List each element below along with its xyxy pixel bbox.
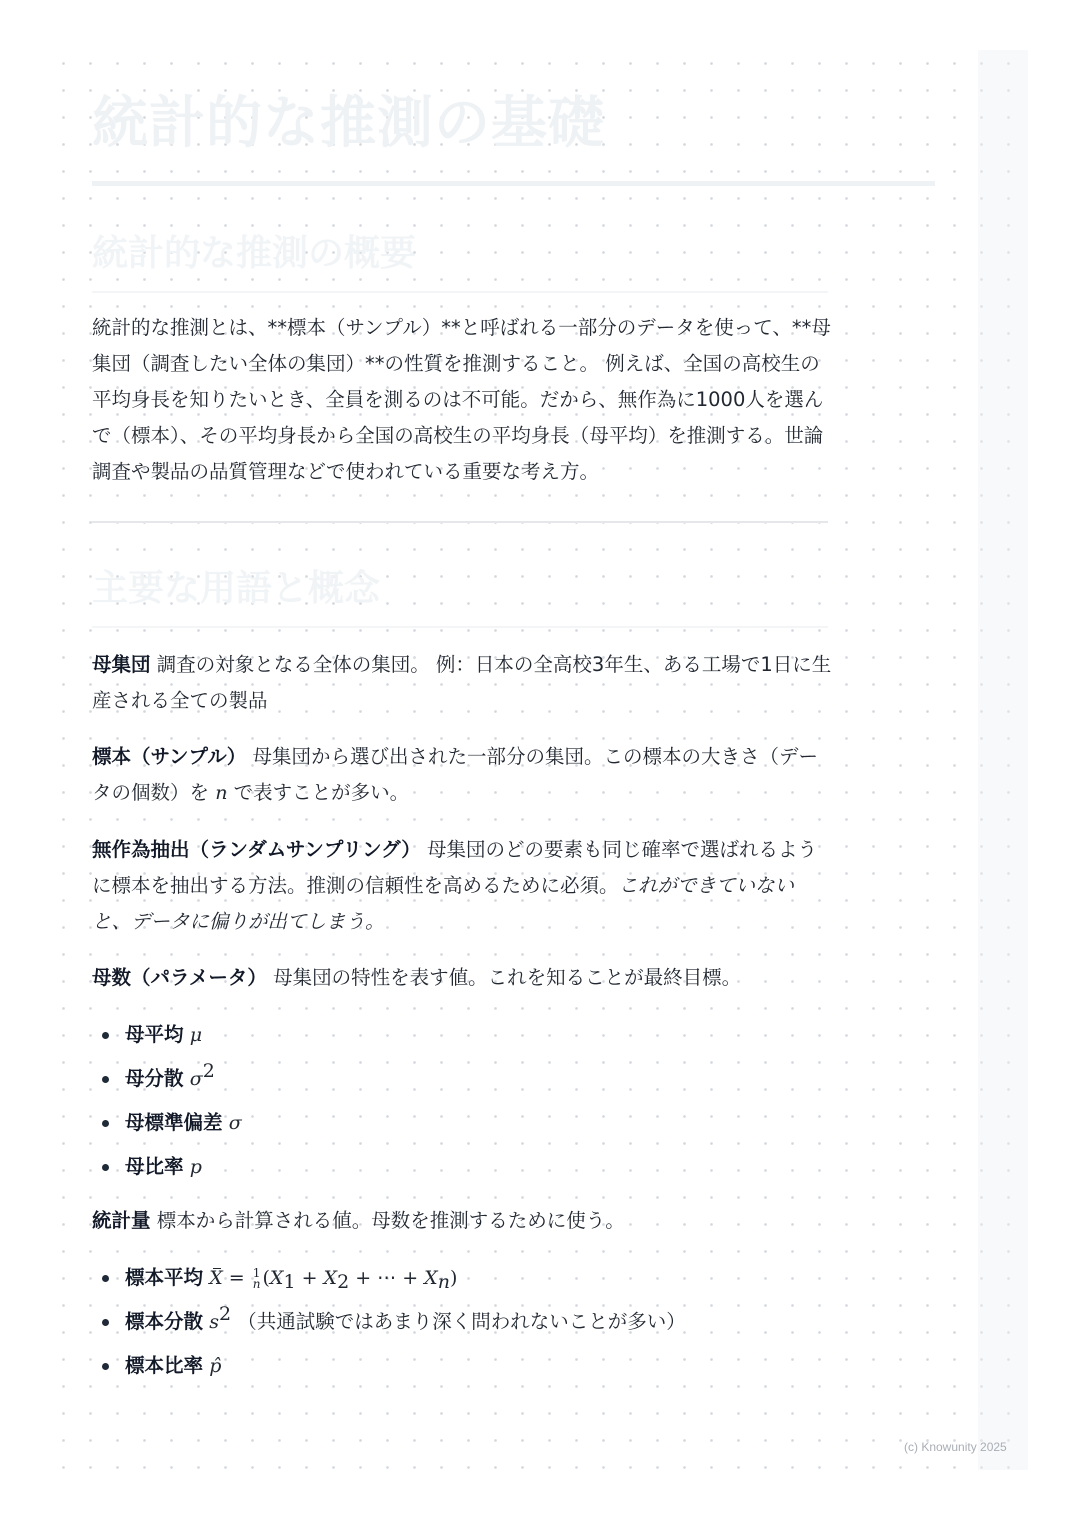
- section-heading-overview: 統計的な推測の概要: [92, 230, 416, 278]
- parameter-list: 母平均 μ 母分散 σ2 母標準偏差 σ 母比率 p: [92, 1013, 242, 1189]
- list-item-sample-mean: 標本平均 X = 1n(X1 + X2 + ⋯ + Xn): [92, 1256, 686, 1300]
- term-label: 母集団: [92, 653, 151, 676]
- math-n: n: [215, 782, 227, 804]
- symbol-p: p: [190, 1156, 202, 1178]
- overview-paragraph: 統計的な推測とは、**標本（サンプル）**と呼ばれる一部分のデータを使って、**…: [92, 310, 832, 490]
- subscript: 1: [283, 1271, 295, 1293]
- paren-close: ): [450, 1267, 457, 1289]
- item-label: 母平均: [125, 1023, 184, 1046]
- term-definition: 調査の対象となる全体の集団。 例：日本の全高校3年生、ある工場で1日に生産される…: [92, 653, 831, 712]
- item-label: 標本分散: [125, 1310, 203, 1333]
- term-x: X: [424, 1267, 438, 1289]
- subscript: n: [438, 1271, 450, 1293]
- list-item-population-variance: 母分散 σ2: [92, 1057, 242, 1101]
- list-item-population-sd: 母標準偏差 σ: [92, 1101, 242, 1145]
- item-label: 標本比率: [125, 1354, 203, 1377]
- title-underline: [92, 181, 935, 186]
- term-random-sampling: 無作為抽出（ランダムサンプリング） 母集団のどの要素も同じ確率で選ばれるように標…: [92, 832, 832, 940]
- term-definition: 標本から計算される値。母数を推測するために使う。: [151, 1209, 625, 1232]
- section-heading-underline: [92, 291, 828, 293]
- item-label: 標本平均: [125, 1266, 203, 1289]
- term-label: 統計量: [92, 1209, 151, 1232]
- term-parameter: 母数（パラメータ） 母集団の特性を表す値。これを知ることが最終目標。: [92, 960, 832, 996]
- list-item-population-mean: 母平均 μ: [92, 1013, 242, 1057]
- item-label: 母比率: [125, 1155, 184, 1178]
- section-heading-terms: 主要な用語と概念: [92, 565, 380, 613]
- paren-open: (: [262, 1267, 269, 1289]
- symbol-mu: μ: [190, 1024, 202, 1046]
- term-x: X: [270, 1267, 284, 1289]
- section-divider: [92, 521, 828, 523]
- superscript: 2: [219, 1303, 231, 1325]
- term-x: X: [324, 1267, 338, 1289]
- term-label: 無作為抽出（ランダムサンプリング）: [92, 838, 421, 861]
- term-definition: 母集団の特性を表す値。これを知ることが最終目標。: [267, 966, 741, 989]
- plus-sign: +: [296, 1267, 324, 1289]
- symbol-sigma: σ: [190, 1068, 203, 1090]
- list-item-population-proportion: 母比率 p: [92, 1145, 242, 1189]
- term-sample: 標本（サンプル） 母集団から選び出された一部分の集団。この標本の大きさ（データの…: [92, 739, 832, 811]
- section-heading-underline: [92, 626, 828, 628]
- fraction-one-over-n: 1n: [253, 1268, 261, 1290]
- term-definition-end: で表すことが多い。: [227, 781, 409, 804]
- superscript: 2: [203, 1060, 215, 1082]
- term-label: 標本（サンプル）: [92, 745, 246, 768]
- item-label: 母標準偏差: [125, 1111, 223, 1134]
- subscript: 2: [337, 1271, 349, 1293]
- item-note: （共通試験ではあまり深く問われないことが多い）: [237, 1310, 686, 1333]
- term-label: 母数（パラメータ）: [92, 966, 267, 989]
- copyright-footer: (c) Knowunity 2025: [904, 1440, 1007, 1454]
- document-title: 統計的な推測の基礎: [92, 88, 605, 160]
- statistic-list: 標本平均 X = 1n(X1 + X2 + ⋯ + Xn) 標本分散 s2 （共…: [92, 1256, 686, 1388]
- plus-ellipsis: + ⋯ +: [349, 1267, 424, 1289]
- symbol-s: s: [209, 1311, 219, 1333]
- margin-band: [978, 50, 1028, 1470]
- symbol-p-hat: p̂: [209, 1355, 221, 1377]
- equals-sign: =: [223, 1267, 251, 1289]
- list-item-sample-variance: 標本分散 s2 （共通試験ではあまり深く問われないことが多い）: [92, 1300, 686, 1344]
- term-population: 母集団 調査の対象となる全体の集団。 例：日本の全高校3年生、ある工場で1日に生…: [92, 647, 832, 719]
- term-statistic: 統計量 標本から計算される値。母数を推測するために使う。: [92, 1203, 832, 1239]
- symbol-sigma: σ: [229, 1112, 242, 1134]
- symbol-x-bar: X: [209, 1256, 223, 1300]
- denominator: n: [253, 1279, 261, 1290]
- item-label: 母分散: [125, 1067, 184, 1090]
- list-item-sample-proportion: 標本比率 p̂: [92, 1344, 686, 1388]
